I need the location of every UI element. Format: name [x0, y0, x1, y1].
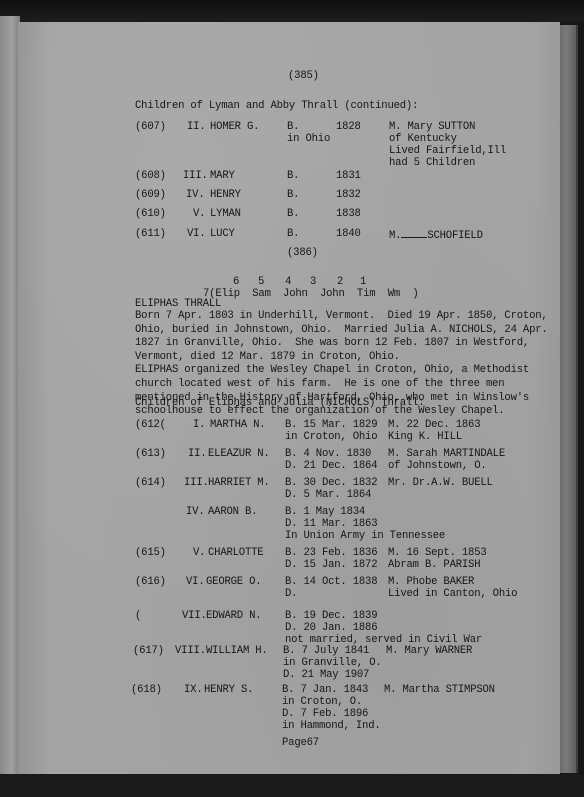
- child-id: (611): [135, 228, 166, 242]
- child-id: (615): [135, 547, 166, 561]
- child-life-line: D. 21 May 1907: [283, 669, 369, 683]
- child-ordinal: VII.: [182, 610, 207, 624]
- child-id: (613): [135, 448, 166, 462]
- child-id: (618): [131, 684, 162, 698]
- child-spouse-line: Lived in Canton, Ohio: [388, 588, 517, 602]
- child-ordinal: IV.: [186, 506, 204, 520]
- child-name: HENRY: [210, 189, 241, 203]
- page-footer: Page67: [282, 737, 319, 751]
- child-life-line: in Croton, Ohio: [285, 431, 377, 445]
- child-ordinal: III.: [183, 170, 208, 184]
- child-id: (610): [135, 208, 166, 222]
- child-id: (614): [135, 477, 166, 491]
- book-spine-edge: [0, 16, 20, 778]
- child-name: MARTHA N.: [210, 419, 265, 433]
- child-ordinal: II.: [187, 121, 205, 135]
- child-id: (607): [135, 121, 166, 135]
- child-id: (: [135, 610, 141, 624]
- child-name: AARON B.: [208, 506, 257, 520]
- blank-line: [401, 228, 427, 238]
- book-right-edge: [560, 25, 578, 773]
- biography-line: Ohio, buried in Johnstown, Ohio. Married…: [135, 324, 548, 338]
- child-spouse: M.SCHOFIELD: [389, 228, 483, 244]
- child-year: 1828: [336, 121, 361, 135]
- spouse-surname: SCHOFIELD: [427, 230, 482, 242]
- child-life-line: B. 14 Oct. 1838: [285, 576, 377, 590]
- child-ordinal: IV.: [186, 189, 204, 203]
- child-id: (612(: [135, 419, 166, 433]
- child-life-line: in Hammond, Ind.: [282, 720, 381, 734]
- child-born: B.: [287, 228, 299, 242]
- child-name: WILLIAM H.: [206, 645, 268, 659]
- biography-line: Vermont, died 12 Mar. 1879 in Croton, Oh…: [135, 351, 548, 365]
- child-ordinal: VI.: [187, 228, 205, 242]
- scanned-page: (385) Children of Lyman and Abby Thrall …: [0, 0, 584, 797]
- child-spouse-line: of Johnstown, O.: [388, 460, 487, 474]
- child-ordinal: III.: [184, 477, 209, 491]
- child-name: MARY: [210, 170, 235, 184]
- child-name: ELEAZUR N.: [208, 448, 270, 462]
- child-spouse-line: King K. HILL: [388, 431, 462, 445]
- child-ordinal: I.: [193, 419, 205, 433]
- child-year: 1840: [336, 228, 361, 242]
- child-year: 1838: [336, 208, 361, 222]
- child-year: 1832: [336, 189, 361, 203]
- lineage-line: 7(Elip Sam John John Tim Wm ): [203, 288, 419, 302]
- child-life-line: D.: [285, 588, 297, 602]
- child-life-line: D. 15 Jan. 1872: [285, 559, 377, 573]
- biography-line: 1827 in Granville, Ohio. She was born 12…: [135, 337, 548, 351]
- child-spouse-line: M. Martha STIMPSON: [384, 684, 495, 698]
- child-spouse-line: had 5 Children: [389, 157, 475, 171]
- child-id: (617): [133, 645, 164, 659]
- child-year: 1831: [336, 170, 361, 184]
- child-life-line: In Union Army in Tennessee: [285, 530, 445, 544]
- child-id: (608): [135, 170, 166, 184]
- scanner-bottom-edge: [0, 774, 584, 797]
- child-ordinal: IX.: [184, 684, 202, 698]
- child-spouse-line: M. Mary WARNER: [386, 645, 472, 659]
- section1-heading: Children of Lyman and Abby Thrall (conti…: [135, 100, 418, 114]
- child-life-line: D. 5 Mar. 1864: [285, 489, 371, 503]
- child-born: B.: [287, 189, 299, 203]
- biography-line: church located west of his farm. He is o…: [135, 378, 548, 392]
- child-born-detail: in Ohio: [287, 133, 330, 147]
- child-life-line: D. 21 Dec. 1864: [285, 460, 377, 474]
- child-spouse-line: Mr. Dr.A.W. BUELL: [388, 477, 493, 491]
- spouse-prefix: M.: [389, 230, 401, 242]
- page-number-top: (385): [288, 70, 319, 84]
- child-spouse-line: Abram B. PARISH: [388, 559, 480, 573]
- child-name: CHARLOTTE: [208, 547, 263, 561]
- child-name: HARRIET M.: [208, 477, 270, 491]
- page-number-middle: (386): [287, 247, 318, 261]
- child-ordinal: VI.: [186, 576, 204, 590]
- child-born: B.: [287, 170, 299, 184]
- child-id: (616): [135, 576, 166, 590]
- child-ordinal: V.: [193, 208, 205, 222]
- child-ordinal: II.: [188, 448, 206, 462]
- biography-line: Born 7 Apr. 1803 in Underhill, Vermont. …: [135, 310, 548, 324]
- child-name: EDWARD N.: [206, 610, 261, 624]
- child-ordinal: VIII.: [175, 645, 206, 659]
- child-id: (609): [135, 189, 166, 203]
- child-name: LYMAN: [210, 208, 241, 222]
- child-name: LUCY: [210, 228, 235, 242]
- child-born: B.: [287, 208, 299, 222]
- child-ordinal: V.: [193, 547, 205, 561]
- child-name: HOMER G.: [210, 121, 259, 135]
- section2-heading: Children of Eliphas and Julia (NICHOLS) …: [135, 397, 424, 411]
- child-name: GEORGE O.: [206, 576, 261, 590]
- child-name: HENRY S.: [204, 684, 253, 698]
- scanner-top-edge: [0, 0, 584, 22]
- biography-line: ELIPHAS organized the Wesley Chapel in C…: [135, 364, 548, 378]
